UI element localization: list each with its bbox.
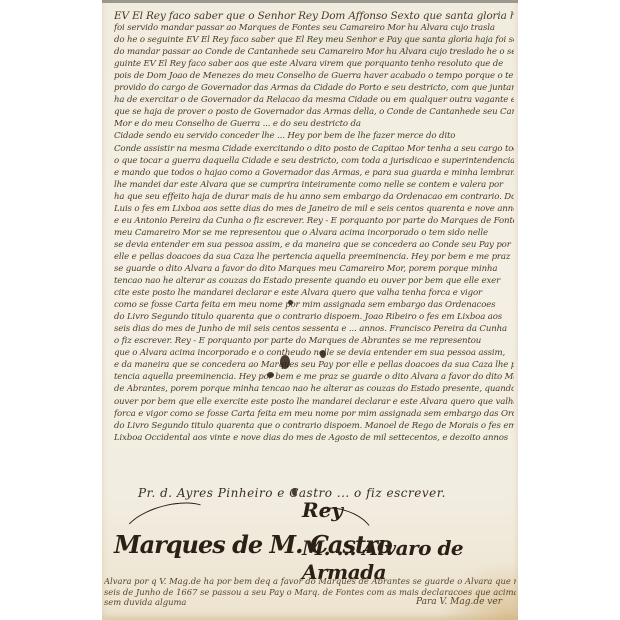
manuscript-line: ouver por bem que elle exercite este pos… [114, 396, 514, 408]
manuscript-line: tencao nao he alterar as couzas do Estad… [114, 275, 514, 287]
manuscript-line: que o Alvara acima incorporado e o conth… [114, 347, 514, 359]
manuscript-line: ha que seu effeito haja de durar mais de… [114, 191, 514, 203]
manuscript-line: cite este posto lhe mandarei declarar e … [114, 287, 514, 299]
manuscript-line: de Abrantes, porem porque minha tencao n… [114, 383, 514, 395]
manuscript-line: Cidade sendo eu servido conceder lhe ...… [114, 130, 514, 142]
manuscript-line: que se haja de prover o posto de Governa… [114, 106, 514, 118]
ink-blot [288, 300, 293, 305]
manuscript-line: o que tocar a guerra daquella Cidade e s… [114, 155, 514, 167]
footer-line: seis de Junho de 1667 se passou a seu Pa… [104, 587, 516, 598]
manuscript-line: do he o seguinte EV El Rey faco saber qu… [114, 34, 514, 46]
manuscript-body: EV El Rey faco saber que o Senhor Rey Do… [114, 10, 514, 444]
manuscript-line: ha de exercitar o de Governador da Relac… [114, 94, 514, 106]
ink-blot [280, 355, 290, 369]
manuscript-line: Mor e do meu Conselho de Guerra ... e do… [114, 118, 514, 130]
manuscript-line: lhe mandei dar este Alvara que se cumpri… [114, 179, 514, 191]
footer-line: Alvara por q V. Mag.de ha por bem deq a … [104, 576, 516, 587]
manuscript-line: e da maneira que se concedera ao Marques… [114, 359, 514, 371]
ink-blot [267, 372, 274, 378]
writer-attestation: Pr. d. Ayres Pinheiro e Castro ... o fiz… [138, 486, 446, 500]
footer-summary: Alvara por q V. Mag.de ha por bem deq a … [104, 576, 516, 608]
footer-right-note: Para V. Mag.de ver [416, 597, 502, 608]
manuscript-line: meu Camareiro Mor se me representou que … [114, 227, 514, 239]
manuscript-line: pois de Dom Joao de Menezes do meu Conse… [114, 70, 514, 82]
manuscript-line: Luis o fes em Lixboa aos sette dias do m… [114, 203, 514, 215]
manuscript-line: se devia entender em sua pessoa assim, e… [114, 239, 514, 251]
manuscript-line: EV El Rey faco saber que o Senhor Rey Do… [114, 10, 514, 22]
manuscript-line: foi servido mandar passar ao Marques de … [114, 22, 514, 34]
manuscript-line: provido do cargo de Governador das Armas… [114, 82, 514, 94]
manuscript-line: Conde assistir na mesma Cidade exercitan… [114, 143, 514, 155]
manuscript-line: o fiz escrever. Rey - E porquanto por pa… [114, 335, 514, 347]
manuscript-line: se guarde o dito Alvara a favor do dito … [114, 263, 514, 275]
manuscript-line: forca e vigor como se fosse Carta feita … [114, 408, 514, 420]
manuscript-line: do mandar passar ao Conde de Cantanhede … [114, 46, 514, 58]
manuscript-line: Lixboa Occidental aos vinte e nove dias … [114, 432, 514, 444]
manuscript-line: seis dias do mes de Junho de mil seis ce… [114, 323, 514, 335]
manuscript-line: do Livro Segundo titulo quarenta que o c… [114, 420, 514, 432]
manuscript-line: como se fosse Carta feita em meu nome po… [114, 299, 514, 311]
manuscript-line: tencia aquella preeminencia. Hey por bem… [114, 371, 514, 383]
manuscript-line: elle e pellas doacoes da sua Caza lhe pe… [114, 251, 514, 263]
manuscript-line: do Livro Segundo titulo quarenta que o c… [114, 311, 514, 323]
manuscript-line: e mando que todos o hajao como a Governa… [114, 167, 514, 179]
manuscript-line: guinte EV El Rey faco saber aos que este… [114, 58, 514, 70]
manuscript-page: EV El Rey faco saber que o Senhor Rey Do… [102, 0, 518, 620]
ink-blot [320, 350, 326, 358]
manuscript-line: e eu Antonio Pereira da Cunha o fiz escr… [114, 215, 514, 227]
